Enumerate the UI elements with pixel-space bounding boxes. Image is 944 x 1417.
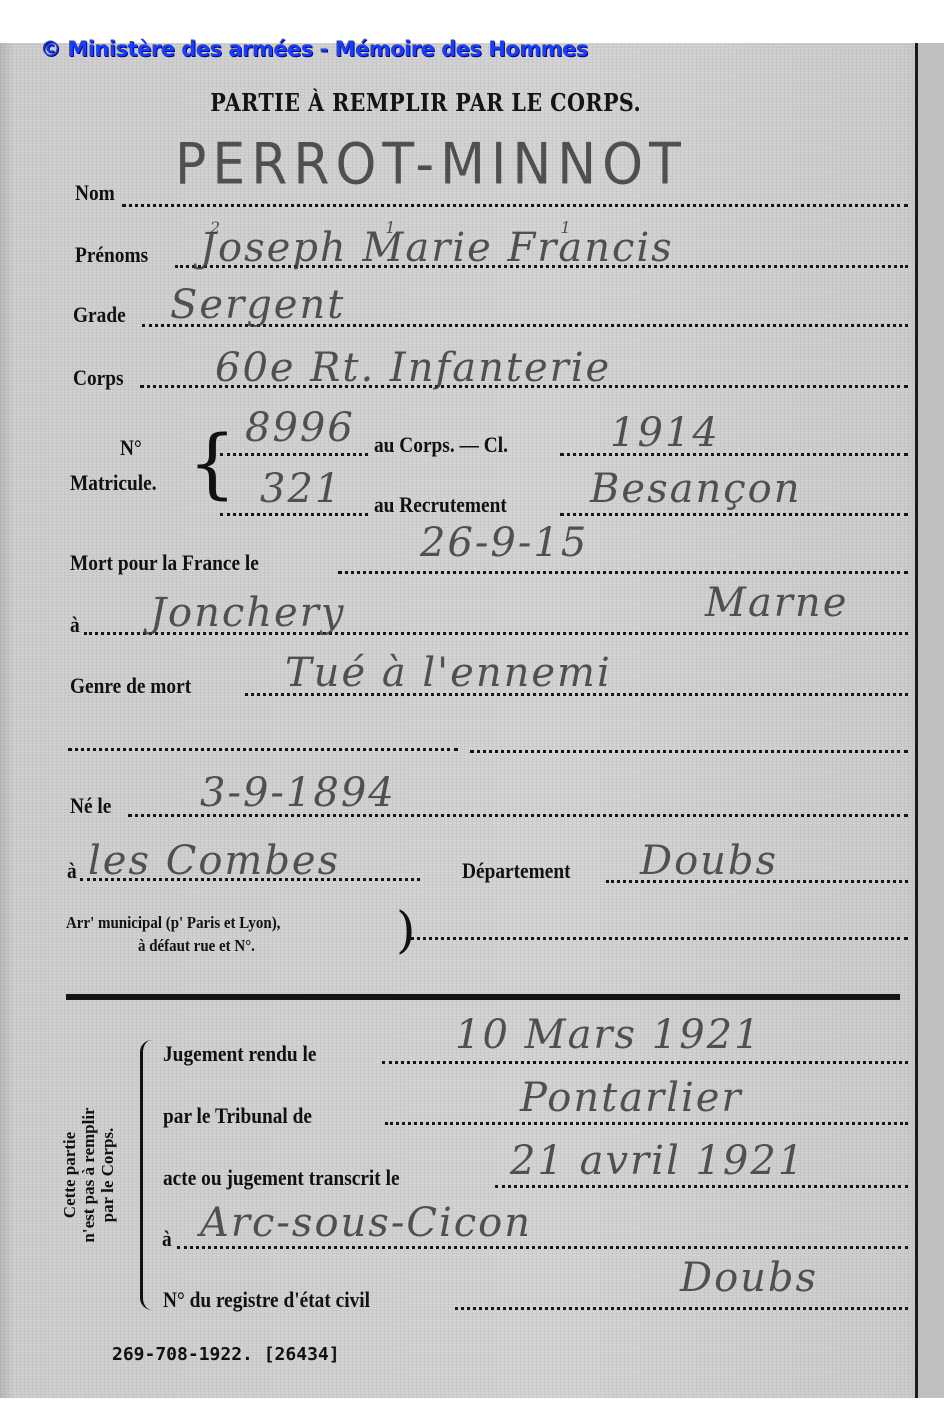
- ne-le-label: Né le: [70, 793, 111, 819]
- page-edge: [918, 43, 944, 1398]
- side-note: Cette partie n'est pas à remplir par le …: [60, 1060, 117, 1290]
- page-border-line: [915, 43, 918, 1398]
- genre-mort-value: Tué à l'ennemi: [285, 650, 612, 696]
- jugement-rendu-line: [382, 1061, 908, 1064]
- departement-label: Département: [462, 858, 571, 884]
- side-note-line-1: Cette partie: [60, 1060, 79, 1290]
- jugement-rendu-label: Jugement rendu le: [163, 1041, 316, 1067]
- transcrit-label: acte ou jugement transcrit le: [163, 1165, 400, 1191]
- jugement-rendu-value: 10 Mars 1921: [455, 1012, 762, 1058]
- matricule-label: Matricule.: [70, 470, 157, 496]
- au-corps-label: au Corps. — Cl.: [374, 432, 508, 458]
- arrondissement-brace: ): [396, 905, 416, 955]
- transcrit-line: [495, 1185, 908, 1188]
- side-note-brace: [140, 1040, 153, 1310]
- registre-line: [455, 1307, 908, 1310]
- mort-a-value: Jonchery: [150, 590, 345, 636]
- recrutement-number-value: 321: [260, 466, 342, 512]
- genre-mort-label: Genre de mort: [70, 673, 191, 699]
- corps-number-line: [220, 453, 368, 456]
- departement-value: Doubs: [640, 838, 778, 884]
- mort-le-label: Mort pour la France le: [70, 550, 259, 576]
- grade-label: Grade: [73, 302, 126, 328]
- classe-value: 1914: [610, 410, 720, 456]
- transcrit-value: 21 avril 1921: [510, 1138, 805, 1184]
- recrutement-number-line: [220, 513, 368, 516]
- prenoms-value: Joseph Marie Francis: [200, 225, 674, 271]
- ne-le-value: 3-9-1894: [200, 770, 396, 816]
- lieu-value: Arc-sous-Cicon: [200, 1200, 532, 1246]
- ne-a-value: les Combes: [88, 838, 340, 884]
- tribunal-line: [385, 1122, 908, 1125]
- blank-line-right: [470, 750, 908, 753]
- lieu-label: à: [162, 1226, 172, 1252]
- tribunal-label: par le Tribunal de: [163, 1103, 312, 1129]
- form-reference-number: 269-708-1922. [26434]: [112, 1344, 340, 1365]
- ne-a-label: à: [67, 858, 77, 884]
- section-divider: [66, 994, 900, 1000]
- mort-a-region: Marne: [705, 580, 848, 626]
- form-title: PARTIE À REMPLIR PAR LE CORPS.: [0, 88, 851, 117]
- corps-label: Corps: [73, 365, 124, 391]
- nom-label: Nom: [75, 180, 115, 206]
- arrondissement-label-1: Arr' municipal (p' Paris et Lyon),: [66, 913, 280, 933]
- registre-label: N° du registre d'état civil: [163, 1287, 370, 1313]
- matricule-brace: {: [188, 425, 236, 501]
- side-note-line-2: n'est pas à remplir: [79, 1060, 98, 1290]
- corps-number-value: 8996: [245, 405, 355, 451]
- mort-le-line: [338, 571, 908, 574]
- lieu-line: [177, 1246, 908, 1249]
- recrutement-value: Besançon: [590, 466, 801, 512]
- nom-value: PERROT-MINNOT: [175, 132, 687, 198]
- mort-a-label: à: [70, 612, 80, 638]
- corps-value: 60e Rt. Infanterie: [215, 345, 611, 391]
- prenoms-label: Prénoms: [75, 242, 148, 268]
- au-recrutement-label: au Recrutement: [374, 492, 507, 518]
- mort-le-value: 26-9-15: [420, 520, 588, 566]
- arrondissement-label-2: à défaut rue et N°.: [138, 936, 255, 956]
- copyright-watermark: © Ministère des armées - Mémoire des Hom…: [40, 37, 588, 61]
- side-note-line-3: par le Corps.: [98, 1060, 117, 1290]
- recrutement-line: [560, 513, 908, 516]
- blank-line-left: [68, 748, 458, 751]
- nom-line: [122, 204, 908, 207]
- matricule-label-no: N°: [120, 435, 142, 461]
- grade-value: Sergent: [170, 282, 345, 328]
- arrondissement-line: [410, 937, 908, 940]
- registre-value: Doubs: [680, 1255, 818, 1301]
- tribunal-value: Pontarlier: [520, 1075, 743, 1121]
